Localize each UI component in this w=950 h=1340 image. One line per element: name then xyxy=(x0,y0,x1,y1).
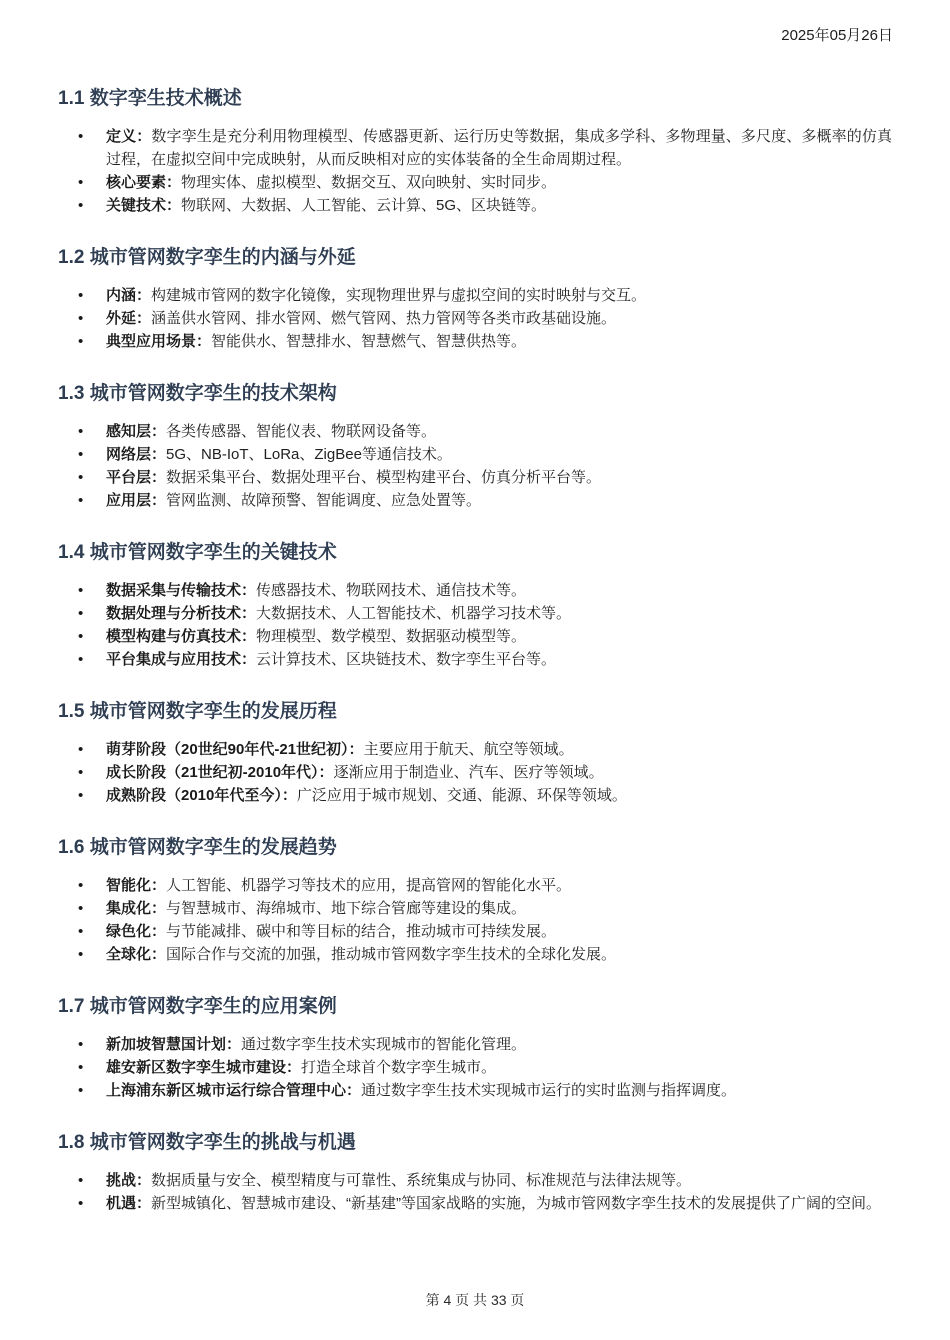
bullet-text: 管网监测、故障预警、智能调度、应急处置等。 xyxy=(166,492,481,509)
list-item: 新加坡智慧国计划：通过数字孪生技术实现城市的智能化管理。 xyxy=(58,1033,892,1056)
section-title: 1.7 城市管网数字孪生的应用案例 xyxy=(58,994,892,1020)
list-item: 感知层：各类传感器、智能仪表、物联网设备等。 xyxy=(58,420,892,443)
list-item: 集成化：与智慧城市、海绵城市、地下综合管廊等建设的集成。 xyxy=(58,897,892,920)
list-item: 数据处理与分析技术：大数据技术、人工智能技术、机器学习技术等。 xyxy=(58,602,892,625)
bullet-label: 外延： xyxy=(106,310,151,327)
bullet-label: 内涵： xyxy=(106,287,151,304)
bullet-list: 新加坡智慧国计划：通过数字孪生技术实现城市的智能化管理。 雄安新区数字孪生城市建… xyxy=(58,1033,892,1102)
bullet-label: 机遇： xyxy=(106,1195,151,1212)
list-item: 萌芽阶段（20世纪90年代-21世纪初）：主要应用于航天、航空等领域。 xyxy=(58,738,892,761)
list-item: 全球化：国际合作与交流的加强，推动城市管网数字孪生技术的全球化发展。 xyxy=(58,943,892,966)
bullet-text: 物理实体、虚拟模型、数据交互、双向映射、实时同步。 xyxy=(181,174,556,191)
bullet-label: 集成化： xyxy=(106,900,166,917)
bullet-text: 主要应用于航天、航空等领域。 xyxy=(364,741,574,758)
document-body: 1.1 数字孪生技术概述 定义：数字孪生是充分利用物理模型、传感器更新、运行历史… xyxy=(58,86,892,1243)
section-1-6: 1.6 城市管网数字孪生的发展趋势 智能化：人工智能、机器学习等技术的应用，提高… xyxy=(58,835,892,966)
bullet-text: 与节能减排、碳中和等目标的结合，推动城市可持续发展。 xyxy=(166,923,556,940)
section-1-2: 1.2 城市管网数字孪生的内涵与外延 内涵：构建城市管网的数字化镜像，实现物理世… xyxy=(58,245,892,353)
bullet-text: 智能供水、智慧排水、智慧燃气、智慧供热等。 xyxy=(211,333,526,350)
list-item: 外延：涵盖供水管网、排水管网、燃气管网、热力管网等各类市政基础设施。 xyxy=(58,307,892,330)
bullet-label: 成熟阶段（2010年代至今）： xyxy=(106,787,297,804)
bullet-text: 构建城市管网的数字化镜像，实现物理世界与虚拟空间的实时映射与交互。 xyxy=(151,287,646,304)
section-title: 1.5 城市管网数字孪生的发展历程 xyxy=(58,699,892,725)
list-item: 成熟阶段（2010年代至今）：广泛应用于城市规划、交通、能源、环保等领域。 xyxy=(58,784,892,807)
bullet-label: 萌芽阶段（20世纪90年代-21世纪初）： xyxy=(106,741,364,758)
bullet-text: 传感器技术、物联网技术、通信技术等。 xyxy=(256,582,526,599)
section-1-1: 1.1 数字孪生技术概述 定义：数字孪生是充分利用物理模型、传感器更新、运行历史… xyxy=(58,86,892,217)
section-title: 1.2 城市管网数字孪生的内涵与外延 xyxy=(58,245,892,271)
bullet-label: 平台集成与应用技术： xyxy=(106,651,256,668)
list-item: 核心要素：物理实体、虚拟模型、数据交互、双向映射、实时同步。 xyxy=(58,171,892,194)
bullet-text: 数据质量与安全、模型精度与可靠性、系统集成与协同、标准规范与法律法规等。 xyxy=(151,1172,691,1189)
list-item: 绿色化：与节能减排、碳中和等目标的结合，推动城市可持续发展。 xyxy=(58,920,892,943)
bullet-label: 数据采集与传输技术： xyxy=(106,582,256,599)
list-item: 挑战：数据质量与安全、模型精度与可靠性、系统集成与协同、标准规范与法律法规等。 xyxy=(58,1169,892,1192)
bullet-text: 数字孪生是充分利用物理模型、传感器更新、运行历史等数据，集成多学科、多物理量、多… xyxy=(106,128,892,168)
bullet-text: 通过数字孪生技术实现城市运行的实时监测与指挥调度。 xyxy=(361,1082,736,1099)
bullet-label: 挑战： xyxy=(106,1172,151,1189)
list-item: 应用层：管网监测、故障预警、智能调度、应急处置等。 xyxy=(58,489,892,512)
section-title: 1.8 城市管网数字孪生的挑战与机遇 xyxy=(58,1130,892,1156)
list-item: 关键技术：物联网、大数据、人工智能、云计算、5G、区块链等。 xyxy=(58,194,892,217)
section-title: 1.6 城市管网数字孪生的发展趋势 xyxy=(58,835,892,861)
bullet-label: 成长阶段（21世纪初-2010年代）： xyxy=(106,764,334,781)
bullet-text: 5G、NB-IoT、LoRa、ZigBee等通信技术。 xyxy=(166,446,452,463)
section-1-3: 1.3 城市管网数字孪生的技术架构 感知层：各类传感器、智能仪表、物联网设备等。… xyxy=(58,381,892,512)
bullet-text: 广泛应用于城市规划、交通、能源、环保等领域。 xyxy=(297,787,627,804)
bullet-text: 国际合作与交流的加强，推动城市管网数字孪生技术的全球化发展。 xyxy=(166,946,616,963)
list-item: 智能化：人工智能、机器学习等技术的应用，提高管网的智能化水平。 xyxy=(58,874,892,897)
bullet-label: 雄安新区数字孪生城市建设： xyxy=(106,1059,301,1076)
bullet-text: 大数据技术、人工智能技术、机器学习技术等。 xyxy=(256,605,571,622)
list-item: 网络层：5G、NB-IoT、LoRa、ZigBee等通信技术。 xyxy=(58,443,892,466)
section-1-5: 1.5 城市管网数字孪生的发展历程 萌芽阶段（20世纪90年代-21世纪初）：主… xyxy=(58,699,892,807)
bullet-text: 各类传感器、智能仪表、物联网设备等。 xyxy=(166,423,436,440)
bullet-text: 云计算技术、区块链技术、数字孪生平台等。 xyxy=(256,651,556,668)
bullet-label: 全球化： xyxy=(106,946,166,963)
bullet-label: 典型应用场景： xyxy=(106,333,211,350)
bullet-label: 关键技术： xyxy=(106,197,181,214)
bullet-label: 核心要素： xyxy=(106,174,181,191)
section-title: 1.4 城市管网数字孪生的关键技术 xyxy=(58,540,892,566)
bullet-label: 智能化： xyxy=(106,877,166,894)
bullet-list: 数据采集与传输技术：传感器技术、物联网技术、通信技术等。 数据处理与分析技术：大… xyxy=(58,579,892,671)
bullet-list: 定义：数字孪生是充分利用物理模型、传感器更新、运行历史等数据，集成多学科、多物理… xyxy=(58,125,892,217)
section-1-8: 1.8 城市管网数字孪生的挑战与机遇 挑战：数据质量与安全、模型精度与可靠性、系… xyxy=(58,1130,892,1215)
bullet-text: 涵盖供水管网、排水管网、燃气管网、热力管网等各类市政基础设施。 xyxy=(151,310,616,327)
list-item: 平台层：数据采集平台、数据处理平台、模型构建平台、仿真分析平台等。 xyxy=(58,466,892,489)
bullet-text: 通过数字孪生技术实现城市的智能化管理。 xyxy=(241,1036,526,1053)
list-item: 数据采集与传输技术：传感器技术、物联网技术、通信技术等。 xyxy=(58,579,892,602)
bullet-label: 模型构建与仿真技术： xyxy=(106,628,256,645)
list-item: 模型构建与仿真技术：物理模型、数学模型、数据驱动模型等。 xyxy=(58,625,892,648)
bullet-text: 打造全球首个数字孪生城市。 xyxy=(301,1059,496,1076)
bullet-label: 感知层： xyxy=(106,423,166,440)
bullet-label: 网络层： xyxy=(106,446,166,463)
list-item: 平台集成与应用技术：云计算技术、区块链技术、数字孪生平台等。 xyxy=(58,648,892,671)
bullet-label: 上海浦东新区城市运行综合管理中心： xyxy=(106,1082,361,1099)
list-item: 定义：数字孪生是充分利用物理模型、传感器更新、运行历史等数据，集成多学科、多物理… xyxy=(58,125,892,171)
bullet-text: 人工智能、机器学习等技术的应用，提高管网的智能化水平。 xyxy=(166,877,571,894)
bullet-list: 挑战：数据质量与安全、模型精度与可靠性、系统集成与协同、标准规范与法律法规等。 … xyxy=(58,1169,892,1215)
bullet-list: 内涵：构建城市管网的数字化镜像，实现物理世界与虚拟空间的实时映射与交互。 外延：… xyxy=(58,284,892,353)
bullet-text: 与智慧城市、海绵城市、地下综合管廊等建设的集成。 xyxy=(166,900,526,917)
section-title: 1.3 城市管网数字孪生的技术架构 xyxy=(58,381,892,407)
bullet-label: 应用层： xyxy=(106,492,166,509)
bullet-text: 逐渐应用于制造业、汽车、医疗等领域。 xyxy=(334,764,604,781)
bullet-text: 物理模型、数学模型、数据驱动模型等。 xyxy=(256,628,526,645)
bullet-text: 物联网、大数据、人工智能、云计算、5G、区块链等。 xyxy=(181,197,546,214)
document-date: 2025年05月26日 xyxy=(781,24,893,45)
bullet-label: 平台层： xyxy=(106,469,166,486)
list-item: 机遇：新型城镇化、智慧城市建设、“新基建”等国家战略的实施，为城市管网数字孪生技… xyxy=(58,1192,892,1215)
section-1-4: 1.4 城市管网数字孪生的关键技术 数据采集与传输技术：传感器技术、物联网技术、… xyxy=(58,540,892,671)
list-item: 典型应用场景：智能供水、智慧排水、智慧燃气、智慧供热等。 xyxy=(58,330,892,353)
list-item: 上海浦东新区城市运行综合管理中心：通过数字孪生技术实现城市运行的实时监测与指挥调… xyxy=(58,1079,892,1102)
bullet-label: 定义： xyxy=(106,128,151,145)
list-item: 内涵：构建城市管网的数字化镜像，实现物理世界与虚拟空间的实时映射与交互。 xyxy=(58,284,892,307)
section-1-7: 1.7 城市管网数字孪生的应用案例 新加坡智慧国计划：通过数字孪生技术实现城市的… xyxy=(58,994,892,1102)
section-title: 1.1 数字孪生技术概述 xyxy=(58,86,892,112)
list-item: 雄安新区数字孪生城市建设：打造全球首个数字孪生城市。 xyxy=(58,1056,892,1079)
bullet-list: 智能化：人工智能、机器学习等技术的应用，提高管网的智能化水平。 集成化：与智慧城… xyxy=(58,874,892,966)
list-item: 成长阶段（21世纪初-2010年代）：逐渐应用于制造业、汽车、医疗等领域。 xyxy=(58,761,892,784)
bullet-label: 数据处理与分析技术： xyxy=(106,605,256,622)
bullet-list: 萌芽阶段（20世纪90年代-21世纪初）：主要应用于航天、航空等领域。 成长阶段… xyxy=(58,738,892,807)
bullet-text: 数据采集平台、数据处理平台、模型构建平台、仿真分析平台等。 xyxy=(166,469,601,486)
bullet-label: 绿色化： xyxy=(106,923,166,940)
bullet-list: 感知层：各类传感器、智能仪表、物联网设备等。 网络层：5G、NB-IoT、LoR… xyxy=(58,420,892,512)
bullet-text: 新型城镇化、智慧城市建设、“新基建”等国家战略的实施，为城市管网数字孪生技术的发… xyxy=(151,1195,881,1212)
page-number: 第 4 页 共 33 页 xyxy=(0,1290,950,1310)
bullet-label: 新加坡智慧国计划： xyxy=(106,1036,241,1053)
